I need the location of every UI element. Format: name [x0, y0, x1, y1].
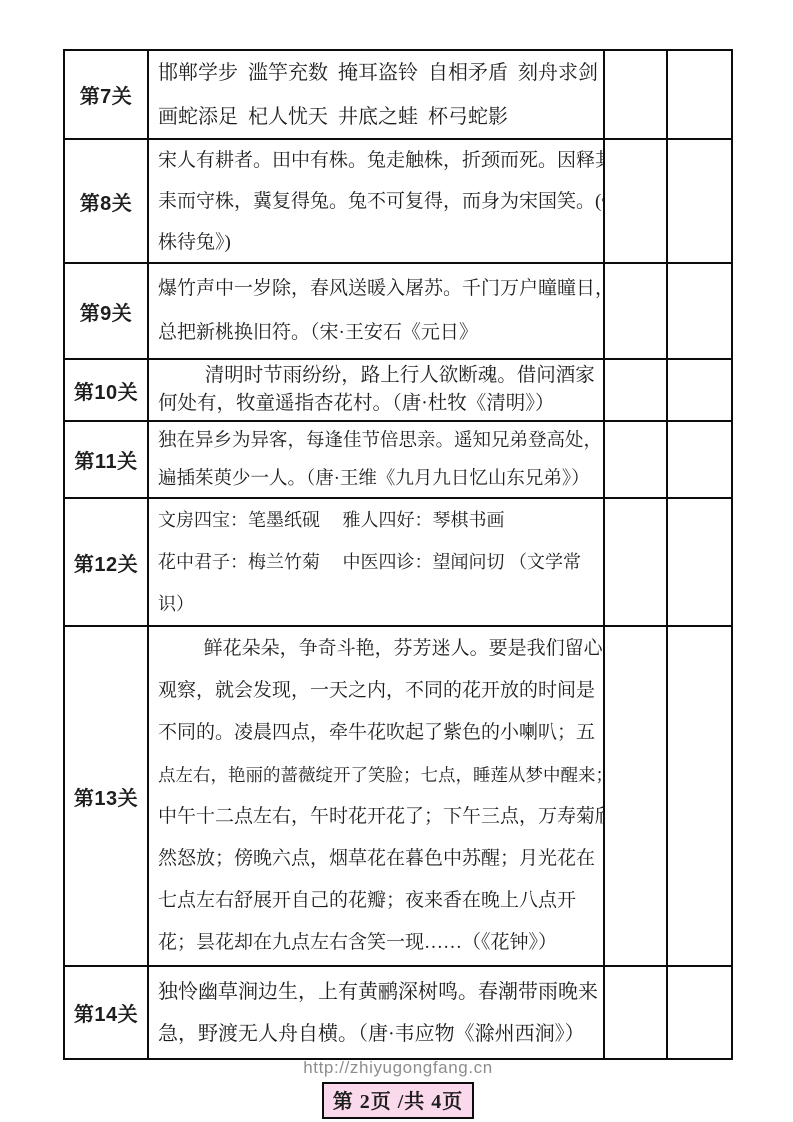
content-line: 观察，就会发现，一天之内，不同的花开放的时间是: [158, 670, 595, 712]
content-line: 宋人有耕者。田中有株。兔走触株，折颈而死。因释其: [158, 140, 595, 181]
score-cell-1: [605, 499, 668, 625]
level-label: 第14关: [65, 967, 149, 1058]
score-cell-2: [668, 967, 731, 1058]
level-label: 第7关: [65, 51, 149, 138]
content-line: 点左右，艳丽的蔷薇绽开了笑脸；七点，睡莲从梦中醒来；: [158, 754, 595, 796]
table-row: 第14关独怜幽草涧边生，上有黄鹂深树鸣。春潮带雨晚来急，野渡无人舟自横。（唐·韦…: [65, 967, 731, 1058]
score-cell-2: [668, 360, 731, 420]
level-label: 第10关: [65, 360, 149, 420]
page-indicator: 第 2页 /共 4页: [322, 1082, 475, 1119]
content-line: 中午十二点左右，午时花开花了；下午三点，万寿菊欣: [158, 796, 595, 838]
level-label: 第9关: [65, 264, 149, 358]
content-line: 邯郸学步 滥竽充数 掩耳盗铃 自相矛盾 刻舟求剑: [158, 51, 595, 95]
score-cell-2: [668, 51, 731, 138]
table-row: 第7关邯郸学步 滥竽充数 掩耳盗铃 自相矛盾 刻舟求剑画蛇添足 杞人忧天 井底之…: [65, 51, 731, 140]
score-cell-2: [668, 264, 731, 358]
table-row: 第10关清明时节雨纷纷，路上行人欲断魂。借问酒家何处有，牧童遥指杏花村。（唐·杜…: [65, 360, 731, 422]
level-content: 爆竹声中一岁除，春风送暖入屠苏。千门万户曈曈日，总把新桃换旧符。（宋·王安石《元…: [149, 264, 605, 358]
content-line: 花；昙花却在九点左右含笑一现……（《花钟》）: [158, 922, 595, 964]
content-line: 七点左右舒展开自己的花瓣；夜来香在晚上八点开: [158, 880, 595, 922]
content-line: 耒而守株，冀复得兔。兔不可复得，而身为宋国笑。(《守: [158, 181, 595, 222]
content-line: 鲜花朵朵，争奇斗艳，芬芳迷人。要是我们留心: [158, 628, 595, 670]
level-label: 第8关: [65, 140, 149, 262]
level-content: 邯郸学步 滥竽充数 掩耳盗铃 自相矛盾 刻舟求剑画蛇添足 杞人忧天 井底之蛙 杯…: [149, 51, 605, 138]
score-cell-1: [605, 967, 668, 1058]
level-label: 第13关: [65, 627, 149, 965]
content-line: 文房四宝：笔墨纸砚 雅人四好：琴棋书画: [158, 499, 595, 541]
content-line: 然怒放；傍晚六点，烟草花在暮色中苏醒；月光花在: [158, 838, 595, 880]
content-line: 独怜幽草涧边生，上有黄鹂深树鸣。春潮带雨晚来: [158, 971, 595, 1013]
score-cell-1: [605, 140, 668, 262]
content-line: 株待兔》): [158, 222, 595, 263]
content-line: 识）: [158, 583, 595, 625]
table-row: 第9关爆竹声中一岁除，春风送暖入屠苏。千门万户曈曈日，总把新桃换旧符。（宋·王安…: [65, 264, 731, 360]
score-cell-1: [605, 360, 668, 420]
score-cell-1: [605, 264, 668, 358]
score-cell-2: [668, 627, 731, 965]
score-cell-1: [605, 422, 668, 497]
level-label: 第12关: [65, 499, 149, 625]
content-line: 不同的。凌晨四点，牵牛花吹起了紫色的小喇叭；五: [158, 712, 595, 754]
content-line: 花中君子：梅兰竹菊 中医四诊：望闻问切 （文学常: [158, 541, 595, 583]
content-line: 画蛇添足 杞人忧天 井底之蛙 杯弓蛇影: [158, 95, 595, 139]
content-line: 爆竹声中一岁除，春风送暖入屠苏。千门万户曈曈日，: [158, 267, 595, 311]
table-row: 第13关鲜花朵朵，争奇斗艳，芬芳迷人。要是我们留心观察，就会发现，一天之内，不同…: [65, 627, 731, 967]
level-content: 鲜花朵朵，争奇斗艳，芬芳迷人。要是我们留心观察，就会发现，一天之内，不同的花开放…: [149, 627, 605, 965]
content-line: 总把新桃换旧符。（宋·王安石《元日》: [158, 311, 595, 355]
page-footer: http://zhiyugongfang.cn 第 2页 /共 4页: [63, 1058, 733, 1119]
footer-url: http://zhiyugongfang.cn: [63, 1058, 733, 1078]
content-line: 何处有，牧童遥指杏花村。（唐·杜牧《清明》）: [158, 390, 595, 418]
table-row: 第8关宋人有耕者。田中有株。兔走触株，折颈而死。因释其耒而守株，冀复得兔。兔不可…: [65, 140, 731, 264]
content-line: 独在异乡为异客，每逢佳节倍思亲。遥知兄弟登高处，: [158, 422, 595, 460]
table-row: 第11关独在异乡为异客，每逢佳节倍思亲。遥知兄弟登高处，遍插茱萸少一人。（唐·王…: [65, 422, 731, 499]
level-content: 独怜幽草涧边生，上有黄鹂深树鸣。春潮带雨晚来急，野渡无人舟自横。（唐·韦应物《滁…: [149, 967, 605, 1058]
level-content: 独在异乡为异客，每逢佳节倍思亲。遥知兄弟登高处，遍插茱萸少一人。（唐·王维《九月…: [149, 422, 605, 497]
content-line: 遍插茱萸少一人。（唐·王维《九月九日忆山东兄弟》）: [158, 460, 595, 498]
level-content: 宋人有耕者。田中有株。兔走触株，折颈而死。因释其耒而守株，冀复得兔。兔不可复得，…: [149, 140, 605, 262]
level-content: 文房四宝：笔墨纸砚 雅人四好：琴棋书画花中君子：梅兰竹菊 中医四诊：望闻问切 （…: [149, 499, 605, 625]
score-cell-1: [605, 51, 668, 138]
content-line: 清明时节雨纷纷，路上行人欲断魂。借问酒家: [158, 362, 595, 390]
score-cell-2: [668, 499, 731, 625]
level-label: 第11关: [65, 422, 149, 497]
worksheet-table: 第7关邯郸学步 滥竽充数 掩耳盗铃 自相矛盾 刻舟求剑画蛇添足 杞人忧天 井底之…: [63, 49, 733, 1060]
score-cell-2: [668, 422, 731, 497]
score-cell-2: [668, 140, 731, 262]
score-cell-1: [605, 627, 668, 965]
level-content: 清明时节雨纷纷，路上行人欲断魂。借问酒家何处有，牧童遥指杏花村。（唐·杜牧《清明…: [149, 360, 605, 420]
content-line: 急，野渡无人舟自横。（唐·韦应物《滁州西涧》）: [158, 1013, 595, 1055]
table-row: 第12关文房四宝：笔墨纸砚 雅人四好：琴棋书画花中君子：梅兰竹菊 中医四诊：望闻…: [65, 499, 731, 627]
